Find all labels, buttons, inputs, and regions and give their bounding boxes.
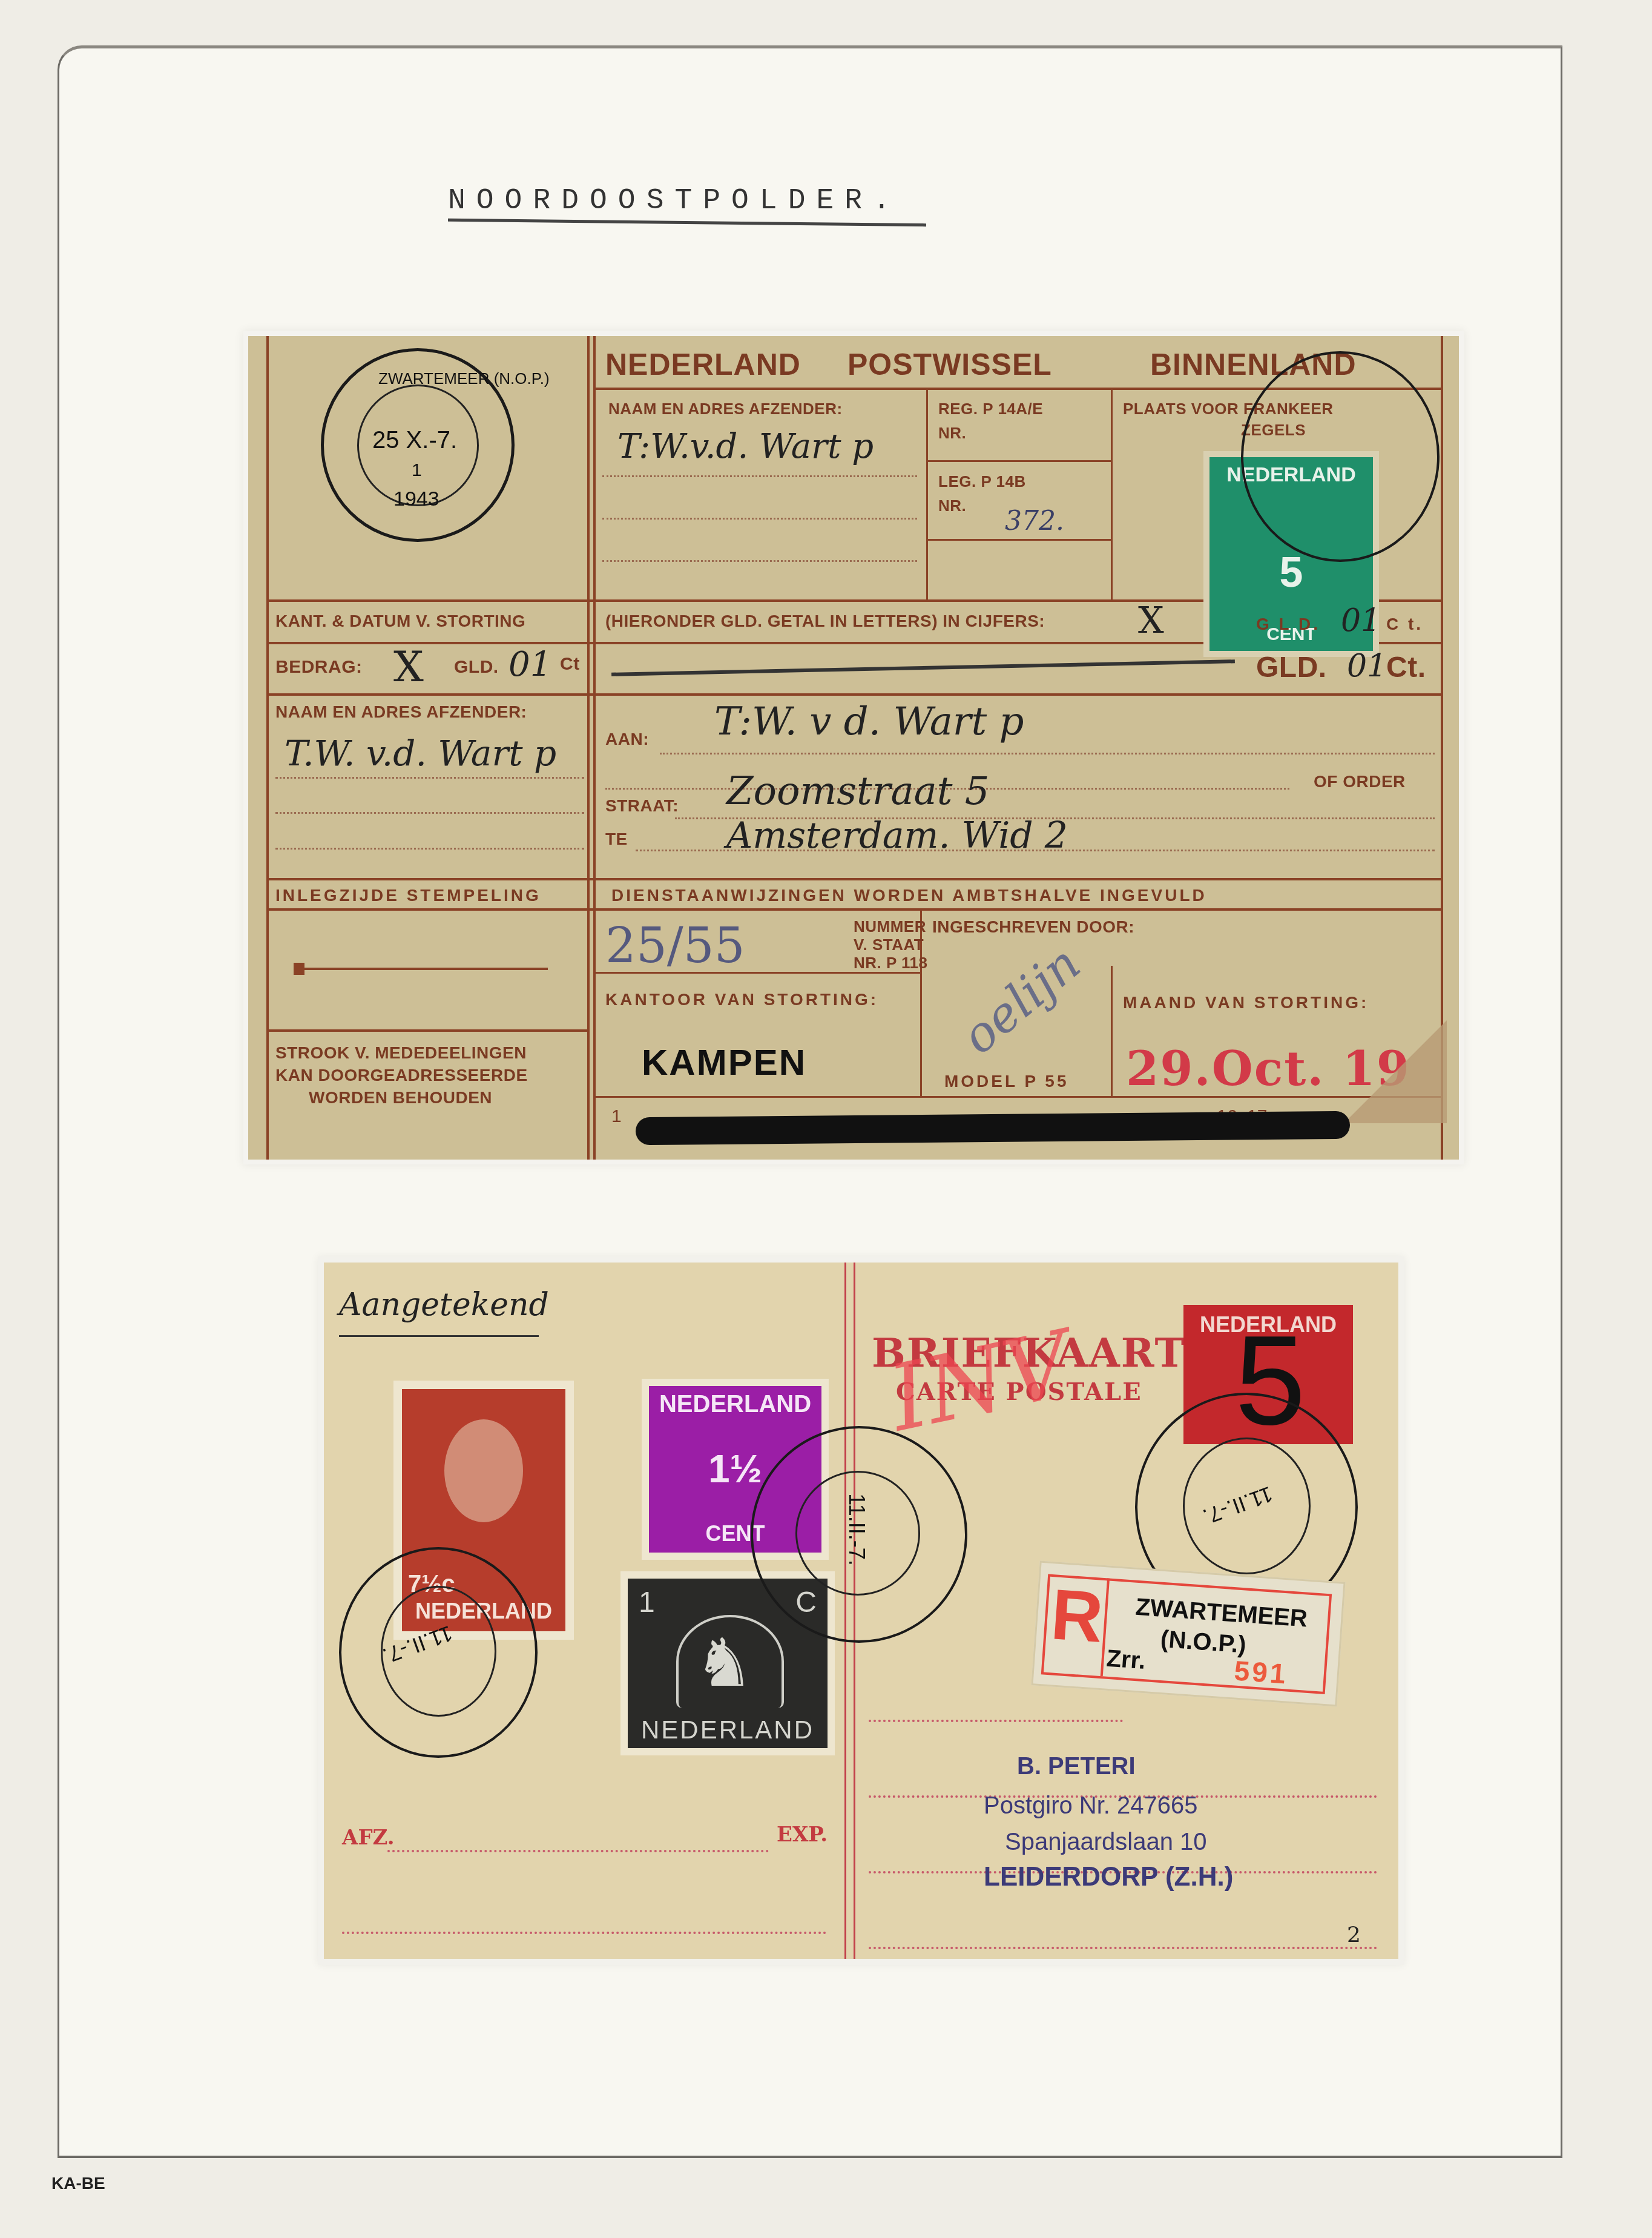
- amount-gld-label: G L D.: [1256, 615, 1320, 634]
- amount-value: 01: [1341, 602, 1381, 639]
- amount-ct-label: C t.: [1386, 615, 1423, 634]
- registration-letter: R: [1049, 1579, 1105, 1654]
- sender-handwriting: T:W.v.d. Wart p: [617, 427, 874, 466]
- model-label: MODEL P 55: [944, 1072, 1068, 1091]
- corner-mark: 2: [1347, 1923, 1361, 1947]
- header-country: NEDERLAND: [605, 347, 801, 382]
- strook-line-3: WORDEN BEHOUDEN: [309, 1088, 492, 1107]
- bedrag-ct-label: Ct: [560, 654, 580, 675]
- left-sender-label: NAAM EN ADRES AFZENDER:: [275, 702, 527, 722]
- dotted-line: [602, 518, 917, 520]
- frame-line: [266, 693, 1441, 696]
- stamp-guide-line: [294, 968, 548, 970]
- inlegzijde-label: INLEGZIJDE STEMPELING: [275, 886, 541, 905]
- registration-label: R ZWARTEMEER (N.O.P.) Zrr. 591: [1031, 1561, 1345, 1707]
- words-gld-label: GLD.: [1256, 651, 1327, 684]
- dotted-line: [602, 560, 917, 562]
- portrait-face: [444, 1419, 523, 1522]
- of-order-label: OF ORDER: [1314, 772, 1406, 791]
- staat-label-1: NUMMER: [854, 917, 926, 936]
- stamp-country: NEDERLAND: [649, 1391, 821, 1418]
- annotation-underline: [339, 1335, 539, 1337]
- postmark-year: 1943: [393, 487, 439, 511]
- signature: oelijn: [951, 935, 1091, 1065]
- dotted-line: [636, 850, 1435, 851]
- frame-line: [266, 878, 1441, 880]
- staat-label-3: NR. P 118: [854, 954, 928, 972]
- words-ct-label: Ct.: [1386, 651, 1426, 684]
- page-title: NOORDOOSTPOLDER.: [448, 185, 901, 217]
- postwissel-card: NEDERLAND POSTWISSEL BINNENLAND ZWARTEME…: [248, 336, 1459, 1160]
- briefkaart-card: Aangetekend BRIEFKAART CARTE POSTALE INV…: [324, 1263, 1398, 1959]
- footer-label: KA-BE: [51, 2174, 105, 2193]
- seahorse-icon: ♞: [694, 1624, 754, 1702]
- amount-figures-label: (HIERONDER GLD. GETAL IN LETTERS) IN CIJ…: [605, 612, 1045, 631]
- annotation-handwriting: Aangetekend: [339, 1287, 549, 1323]
- reg-nr-label: NR.: [938, 424, 966, 443]
- frame-line: [1111, 966, 1113, 1096]
- service-bar-label: DIENSTAANWIJZINGEN WORDEN AMBTSHALVE ING…: [611, 886, 1207, 905]
- stamp-guide-marker: [294, 963, 304, 975]
- straat-handwriting: Zoomstraat 5: [726, 769, 989, 814]
- frame-line: [266, 908, 1441, 911]
- registration-number: 591: [1233, 1654, 1289, 1691]
- strook-line-1: STROOK V. MEDEDEELINGEN: [275, 1043, 527, 1063]
- frame-line: [587, 336, 590, 1160]
- staat-handwriting: 25/55: [605, 917, 745, 974]
- kant-datum-label: KANT. & DATUM V. STORTING: [275, 612, 525, 631]
- postmark-date: 25 X.-7.: [372, 427, 457, 454]
- postmark-circle-right: [1241, 351, 1440, 562]
- dotted-line: [275, 812, 584, 814]
- sender-label: NAAM EN ADRES AFZENDER:: [608, 400, 843, 418]
- stamp-value: 1: [639, 1586, 655, 1619]
- postmark-date: 11.II.-7.: [844, 1493, 869, 1565]
- postmark-office: 1: [412, 460, 422, 481]
- dotted-line: [869, 1720, 1123, 1722]
- strook-line-2: KAN DOORGEADRESSEERDE: [275, 1066, 528, 1085]
- stamp-country: NEDERLAND: [628, 1715, 828, 1745]
- registration-prefix: Zrr.: [1105, 1645, 1146, 1675]
- frame-line: [926, 460, 1111, 462]
- straat-label: STRAAT:: [605, 796, 679, 816]
- dotted-line: [275, 777, 584, 779]
- bedrag-mark: X: [393, 642, 424, 692]
- te-label: TE: [605, 830, 628, 849]
- dotted-line: [275, 848, 584, 850]
- kantoor-label: KANTOOR VAN STORTING:: [605, 990, 878, 1009]
- frame-line: [926, 539, 1111, 541]
- amount-strike-line: [611, 659, 1235, 676]
- words-value: 01: [1347, 648, 1387, 684]
- leg-nr-label: NR.: [938, 497, 966, 515]
- amount-mark: X: [1138, 599, 1164, 642]
- frame-line: [593, 336, 596, 1160]
- dotted-line: [869, 1947, 1377, 1949]
- kantoor-stamp: KAMPEN: [642, 1041, 806, 1083]
- address-postgiro: Postgiro Nr. 247665: [984, 1792, 1198, 1820]
- frame-line: [266, 336, 269, 1160]
- exp-label: EXP.: [777, 1823, 828, 1847]
- hatched-corner: [1344, 1020, 1447, 1123]
- afz-label: AFZ.: [342, 1826, 395, 1850]
- left-sender-handwriting: T.W. v.d. Wart p: [285, 733, 556, 774]
- aan-handwriting: T:W. v d. Wart p: [714, 699, 1024, 744]
- strip-number: 1: [611, 1106, 622, 1127]
- reg-label: REG. P 14A/E: [938, 400, 1043, 418]
- aan-label: AAN:: [605, 730, 649, 749]
- address-street: Spanjaardslaan 10: [1005, 1829, 1207, 1856]
- leg-nr-handwriting: 372.: [1005, 506, 1064, 536]
- bedrag-value: 01: [508, 645, 551, 684]
- address-name: B. PETERI: [1017, 1753, 1136, 1780]
- dotted-line: [342, 1932, 826, 1934]
- address-city: LEIDERDORP (Z.H.): [984, 1862, 1233, 1892]
- bedrag-label: BEDRAG:: [275, 657, 363, 678]
- frame-line: [266, 1029, 587, 1032]
- frame-line: [926, 388, 928, 599]
- postmark-place: ZWARTEMEER (N.O.P.): [378, 369, 550, 388]
- dotted-line: [660, 753, 1435, 754]
- frame-line: [1111, 388, 1113, 599]
- header-type: POSTWISSEL: [847, 347, 1052, 382]
- maand-label: MAAND VAN STORTING:: [1123, 993, 1369, 1012]
- postmark-circle: [339, 1547, 538, 1758]
- dotted-line: [387, 1850, 769, 1852]
- ink-cancellation: [636, 1111, 1350, 1145]
- ingeschreven-label: INGESCHREVEN DOOR:: [932, 917, 1134, 937]
- leg-label: LEG. P 14B: [938, 472, 1026, 491]
- bedrag-gld-label: GLD.: [454, 657, 499, 678]
- staat-label-2: V. STAAT: [854, 936, 924, 954]
- dotted-line: [602, 475, 917, 477]
